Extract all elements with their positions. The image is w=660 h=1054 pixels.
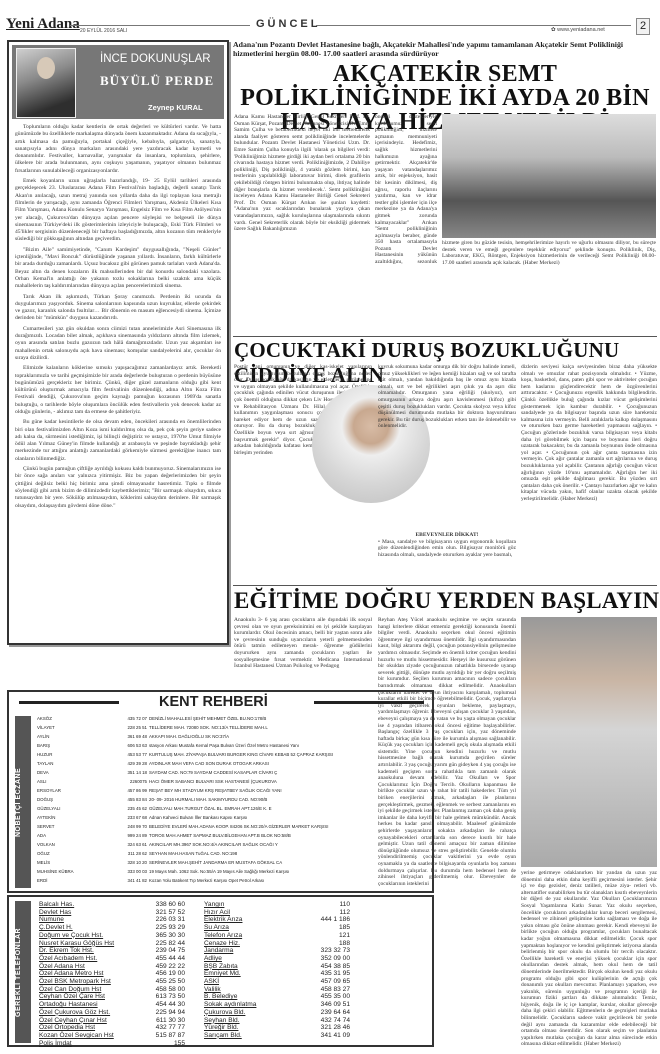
phone-row: Özel Adana Hst459 22 22 (39, 963, 185, 970)
phone-name: Polis İmdat (39, 1040, 72, 1047)
phone-row: Devlet Has321 57 52 (39, 909, 185, 916)
column-paragraph: Elimizde kalanların köklerine sımsıkı ya… (15, 365, 221, 416)
phone-row: B. Belediye455 35 00 (204, 993, 350, 1000)
phone-name: Özel BSK Metropark Hst (39, 978, 111, 985)
pharmacy-name: ASLI (37, 779, 101, 785)
header-rule (316, 25, 631, 26)
phone-name: Cenaze Hiz. (204, 940, 240, 947)
pharmacy-phone[interactable]: 235 45 62 (101, 806, 147, 812)
phone-number[interactable]: 225 93 29 (156, 924, 185, 931)
phone-number[interactable]: 454 38 85 (321, 963, 350, 970)
pharmacy-row: ERDİ341 41 82Kozan Yolu Batıkent Tıp Mer… (37, 878, 432, 884)
article3-col-3: yerine getirmeye odaklanırken bir yandan… (521, 870, 657, 1048)
author-photo (16, 48, 76, 118)
column-series: İNCE DOKUNUŞLAR (100, 53, 211, 65)
phone-name: Elektrik Arıza (204, 916, 242, 923)
pharmacy-row: GÜZELYALI235 45 62GÜZELYALI MAH.TURGUT Ö… (37, 806, 432, 812)
article3-headline[interactable]: EĞİTİME DOĞRU YERDEN BAŞLAYIN (234, 588, 659, 614)
pharmacy-phone[interactable]: 248 99 70 (101, 824, 147, 830)
pharmacy-address: BELEDİYE EVLERİ MAH.ADANA KOOP. 84206 SK… (147, 824, 328, 830)
column-paragraph: "Bizim Aile" samimiyetinde, "Canım Karde… (15, 247, 221, 291)
phone-number[interactable]: 323 32 73 (321, 947, 350, 954)
pharmacy-name: AYLİN (37, 734, 101, 740)
pharmacy-address: SERİNEVLER MAH.ŞEHİT JANDARMA ER MUSTAFA… (147, 860, 282, 866)
pharmacy-address: 20- 09- 2016 HURMALI MAH. SAKIMYURDU CAD… (147, 797, 267, 803)
pharmacy-phone[interactable]: 324 63 61 (101, 842, 147, 848)
phone-name: Valilik (204, 986, 221, 993)
phone-name: Özel Ortopedia Hst (39, 1024, 95, 1031)
phone-name: Yangın (204, 901, 224, 908)
phone-name: Seyhan Bld. (204, 1017, 240, 1024)
pharmacy-phone[interactable]: 429 39 28 (101, 761, 147, 767)
phone-row: Sarıçam Bld.341 41 09 (204, 1032, 350, 1039)
pharmacy-row: DEVA351 14 18SAYDAM CAD. NO:79 SAYDAM CA… (37, 770, 432, 776)
phone-row: Cenaze Hiz.188 (204, 940, 350, 947)
article3-col-1: Anaokulu 3- 6 yaş arası çocukların aile … (234, 617, 372, 687)
phone-row: Kozan Özel Sevgican Hst515 87 87 (39, 1032, 185, 1039)
phone-number[interactable]: 110 (339, 901, 350, 908)
city-guide: KENT REHBERİ NÖBETÇİ ECZANE AKSÖZ435 72 … (7, 690, 434, 893)
pharmacy-phone[interactable]: 453 53 77 (101, 752, 147, 758)
pharmacy-phone[interactable]: 435 72 07 (101, 716, 147, 722)
article2-col-2b: • Masa, sandalye ve bilgisayarın uygun e… (378, 539, 516, 559)
phone-number[interactable]: 457 09 65 (321, 978, 350, 985)
page-number: 2 (636, 18, 650, 35)
arrow-right-icon (19, 701, 119, 704)
phone-number[interactable]: 239 04 75 (156, 947, 185, 954)
lead-kicker: Adana'nın Pozantı Devlet Hastanesine bağ… (233, 40, 657, 58)
phone-number[interactable]: 455 35 00 (321, 993, 350, 1000)
phone-number[interactable]: 321 57 52 (156, 909, 185, 916)
article2-col-3: dizlerin seviyesi kalça seviyesinden bir… (521, 364, 657, 580)
pharmacy-row: ADA999 24 89TOROS MAH.AHMET SAPMAZ BULV.… (37, 833, 432, 839)
pharmacy-name: AYTEKİN (37, 815, 101, 821)
phone-row: Nusret Karasu Göğüs Hst225 82 44 (39, 940, 185, 947)
pharmacy-label: NÖBETÇİ ECZANE (15, 716, 31, 888)
phones-label: GEREKLİ TELEFONLAR (15, 901, 31, 1043)
pharmacy-phone[interactable]: 999 24 89 (101, 833, 147, 839)
pharmacy-row: AYLİN361 69 48AKKAPI MAH. DAĞLIOĞLU SK N… (37, 734, 432, 740)
phone-row: Dr. Ekrem Tok Hst.239 04 75 (39, 947, 185, 954)
pharmacy-address: 19 Mayıs Mah. 1062 Sok. No:55/A 19 Mayıs… (147, 869, 289, 875)
pharmacy-address: GÜZELYALI MAH.TURGUT ÖZAL BL. EMRAH APT.… (147, 806, 272, 812)
pharmacy-phone[interactable]: 455 83 84 (101, 797, 147, 803)
phone-number[interactable]: 613 73 50 (156, 993, 185, 1000)
phone-number[interactable]: 455 25 50 (156, 978, 185, 985)
pharmacy-row: BARIŞ606 53 63stasyon Arkası Mustafa Kem… (37, 743, 432, 749)
phone-row: Özel Çukurova Göz Hst.225 94 94 (39, 1009, 185, 1016)
phone-row: Seyhan Bld.432 74 74 (204, 1017, 350, 1024)
phone-name: Adliye (204, 955, 222, 962)
pharmacy-phone[interactable]: 361 69 48 (101, 734, 147, 740)
pharmacy-address: SEYHAN MAH.HASAN TuĞAL CAD. NO:198 (147, 851, 237, 857)
phone-row: Ceyhan Özel Çare Hst613 73 50 (39, 993, 185, 1000)
pharmacy-address: HACI ÖMER SABANCI BULVARI SSK HASTANESİ … (147, 779, 277, 785)
column-paragraph: Emek koyanların uzun uğraşlarla hazırlan… (15, 178, 221, 244)
phone-row: Özel Ceyhan Çınar Hst611 30 30 (39, 1017, 185, 1024)
newspaper-logo[interactable]: Yeni Adana (6, 16, 80, 33)
lead-col-1: Adana Kamu Hastaneler Birliği Genel Sekr… (234, 114, 370, 264)
pharmacy-address: Kozan Yolu Batıkent Tıp Merkezi Karşısı … (147, 878, 264, 884)
article2-col-2: kuyruk sokumuna kadar omurga dik bir doğ… (378, 364, 516, 530)
pharmacy-row: OĞUZ311 28 62SEYHAN MAH.HASAN TuĞAL CAD.… (37, 851, 432, 857)
phone-name: Doğum ve Çocuk Hst. (39, 932, 103, 939)
lead-photo (442, 114, 656, 238)
pharmacy-address: KURTULUŞ MAH. ZİYAPAŞA BULVARI BURGER KI… (147, 752, 333, 758)
phone-number[interactable]: 455 44 44 (156, 955, 185, 962)
pharmacy-name: SERVET (37, 824, 101, 830)
pharmacy-row: MELİS328 10 20SERİNEVLER MAH.ŞEHİT JANDA… (37, 860, 432, 866)
phone-number[interactable]: 341 41 09 (321, 1032, 350, 1039)
phone-name: Özel Adana Hst (39, 963, 85, 970)
phone-number[interactable]: 432 74 74 (321, 1017, 350, 1024)
phone-name: Balcalı Has. (39, 901, 74, 908)
phone-row: Balcalı Has.338 60 60 (39, 901, 185, 908)
pharmacy-row: ERSOYLAR457 86 99REŞAT BEY MH STADYUM KR… (37, 788, 432, 794)
phone-name: Emniyet Md. (204, 970, 241, 977)
phone-row: Polis İmdat155 (39, 1040, 185, 1047)
phone-number[interactable]: 365 30 30 (156, 932, 185, 939)
phone-number[interactable]: 225 94 94 (156, 1009, 185, 1016)
phone-number[interactable]: 458 83 27 (321, 986, 350, 993)
phone-number[interactable]: 435 31 95 (321, 970, 350, 977)
phone-name: Özel Acıbadem Hst. (39, 955, 97, 962)
pharmacy-phone[interactable]: 341 41 82 (101, 878, 147, 884)
pharmacy-row: AYTEKİN233 67 68Adnan Kahveci Bulvarı İl… (37, 815, 432, 821)
divider (233, 585, 657, 586)
phone-number[interactable]: 611 30 30 (156, 1017, 185, 1024)
pharmacy-name: HUZUR (37, 752, 101, 758)
pharmacy-address: stasyon Arkası Mustafa Kemal Paşa Bulvar… (147, 743, 299, 749)
page-header: Yeni Adana 20 EYLÜL 2016 SALI GÜNCEL ✿ w… (6, 16, 654, 36)
phone-number[interactable]: 454 44 30 (156, 1001, 185, 1008)
phone-number[interactable]: 432 77 77 (156, 1024, 185, 1031)
website-link[interactable]: ✿ www.yeniadana.net (551, 27, 605, 33)
column-paragraph: Bu güne kadar kesintilerle de olsa devam… (15, 419, 221, 463)
pharmacy-phone[interactable]: 606 53 63 (101, 743, 147, 749)
column-paragraph: Çünkü bugün pamuğun çiftliğe ayrıldığı k… (15, 466, 221, 510)
column-paragraph: Cumartesileri yaz gün okuldan sonra ciim… (15, 326, 221, 362)
column-paragraph: Toplumların olduğu kadar kentlerin de or… (15, 124, 221, 175)
phone-name: Su Arıza (204, 924, 229, 931)
pharmacy-name: MELİS (37, 860, 101, 866)
phone-name: Yüreğir Bld. (204, 1024, 238, 1031)
phone-name: Ç.Devlet H. (39, 924, 73, 931)
pharmacy-address: AYDINLAR MAH VEFA CAD SON DURAK OTOGAR A… (147, 761, 269, 767)
emergency-phones: GEREKLİ TELEFONLAR Balcalı Has.338 60 60… (7, 895, 434, 1047)
pharmacy-phone[interactable]: 351 14 18 (101, 770, 147, 776)
pharmacy-address: TELLİDERE MAH. 72080 SOK. NO:13/A TELLİD… (147, 725, 268, 731)
phone-row: Ortadoğu Hastanesi454 44 30 (39, 1001, 185, 1008)
phone-number[interactable]: 112 (339, 909, 350, 916)
phone-row: Özel Can Doğum Hst458 58 00 (39, 986, 185, 993)
phone-name: Numune (39, 916, 64, 923)
phone-row: Elektrik Arıza444 1 186 (204, 916, 350, 923)
phone-number[interactable]: 188 (339, 940, 350, 947)
phone-row: Jandarma323 32 73 (204, 947, 350, 954)
arrow-left-icon (314, 701, 424, 704)
phone-name: Sokak aydınlatma (204, 1001, 256, 1008)
pharmacy-phone[interactable]: 457 86 99 (101, 788, 147, 794)
phone-row: Ç.Devlet H.225 93 29 (39, 924, 185, 931)
phone-number[interactable]: 121 (339, 932, 350, 939)
header-rule (70, 25, 250, 26)
phone-number[interactable]: 458 58 00 (156, 986, 185, 993)
pharmacy-name: MUHSİNE KÜBRA (37, 869, 101, 875)
phone-row: Numune226 03 31 (39, 916, 185, 923)
pharmacy-name: DOĞUŞ (37, 797, 101, 803)
opinion-column: İNCE DOKUNUŞLAR BÜYÜLÜ PERDE Zeynep KURA… (7, 40, 229, 645)
column-author: Zeynep KURAL (148, 103, 203, 112)
phone-name: B. Belediye (204, 993, 237, 1000)
pharmacy-name: ADA (37, 833, 101, 839)
phone-number[interactable]: 338 60 60 (156, 901, 185, 908)
pharmacy-row: ASLI2260075HACI ÖMER SABANCI BULVARI SSK… (37, 779, 432, 785)
phone-row: ASKİ457 09 65 (204, 978, 350, 985)
phone-row: Adliye352 09 00 (204, 955, 350, 962)
phone-name: Özel Ceyhan Çınar Hst (39, 1017, 107, 1024)
phone-row: Yangın110 (204, 901, 350, 908)
pharmacy-address: TOROS MAH.AHMET SAPMAZ BULV.BİLGEHAN APT… (147, 833, 291, 839)
pharmacy-name: GÜZELYALI (37, 806, 101, 812)
pharmacy-name: DEVA (37, 770, 101, 776)
phone-row: Çukurova Bld.239 64 64 (204, 1009, 350, 1016)
psychologist-photo (521, 617, 657, 867)
pharmacy-phone[interactable]: 233 67 68 (101, 815, 147, 821)
section-title: GÜNCEL (256, 18, 320, 30)
phone-name: Devlet Has (39, 909, 71, 916)
phone-name: Nusret Karasu Göğüs Hst (39, 940, 114, 947)
phone-number[interactable]: 459 22 22 (156, 963, 185, 970)
phone-name: Jandarma (204, 947, 233, 954)
pharmacy-address: AKINCILAR MH.3967 SOK.NO:4/A AKINCILAR S… (147, 842, 278, 848)
phone-number[interactable]: 155 (174, 1040, 185, 1047)
lead-col-2: önemli destekleriyle kurduğumuz semt pol… (375, 114, 437, 264)
pharmacy-address: REŞAT BEY MH STADYUM KRŞ REŞATBEY SAĞLIK… (147, 788, 282, 794)
pharmacy-phone[interactable]: 2260075 (101, 779, 147, 785)
article2-subsection: EBEVEYNLER DİKKAT! • Masa, sandalye ve b… (378, 532, 516, 558)
phone-name: Ceyhan Özel Çare Hst (39, 993, 105, 1000)
phone-row: Hızır Acil112 (204, 909, 350, 916)
pharmacy-phone[interactable]: 333 00 03 (101, 869, 147, 875)
phone-row: Özel BSK Metropark Hst455 25 50 (39, 978, 185, 985)
phone-name: BŞB Zabıta (204, 963, 238, 970)
pharmacy-row: MUHSİNE KÜBRA333 00 0319 Mayıs Mah. 1062… (37, 869, 432, 875)
pharmacy-row: TAYLAN429 39 28AYDINLAR MAH VEFA CAD SON… (37, 761, 432, 767)
phone-number[interactable]: 352 09 00 (321, 955, 350, 962)
column-body: Toplumların olduğu kadar kentlerin de or… (12, 119, 224, 510)
phone-name: Çukurova Bld. (204, 1009, 245, 1016)
phone-number[interactable]: 226 03 31 (156, 916, 185, 923)
lead-col-3: hizmete giren bu güzide tesisin, hemşehr… (442, 240, 656, 332)
phone-name: Ortadoğu Hastanesi (39, 1001, 98, 1008)
pharmacy-address: Adnan Kahveci Bulvarı İller Bankası Kapı… (147, 815, 247, 821)
phone-number[interactable]: 515 87 87 (156, 1032, 185, 1039)
phone-row: Emniyet Md.435 31 95 (204, 970, 350, 977)
pharmacy-name: ERDİ (37, 878, 101, 884)
phone-number[interactable]: 456 19 00 (156, 970, 185, 977)
phone-row: Su Arıza185 (204, 924, 350, 931)
pharmacy-name: VOLKAN (37, 842, 101, 848)
pharmacy-name: BARIŞ (37, 743, 101, 749)
pharmacy-name: TAYLAN (37, 761, 101, 767)
phone-name: Hızır Acil (204, 909, 230, 916)
pharmacy-row: DOĞUŞ455 83 8420- 09- 2016 HURMALI MAH. … (37, 797, 432, 803)
pharmacy-phone[interactable]: 328 10 20 (101, 860, 147, 866)
phone-name: Özel Can Doğum Hst (39, 986, 101, 993)
pharmacy-name: OĞUZ (37, 851, 101, 857)
phone-number[interactable]: 346 09 51 (321, 1001, 350, 1008)
pharmacy-address: DENİZLİ MAHALLESİ ŞEHİT MEHMET ÖZEL BU.N… (147, 716, 266, 722)
pharmacy-name: AKSÖZ (37, 716, 101, 722)
article2-subhead: EBEVEYNLER DİKKAT! (378, 532, 516, 539)
pharmacy-name: ERSOYLAR (37, 788, 101, 794)
phone-row: Sokak aydınlatma346 09 51 (204, 1001, 350, 1008)
phone-number[interactable]: 239 64 64 (321, 1009, 350, 1016)
phone-row: Yüreğir Bld.321 28 46 (204, 1024, 350, 1031)
phone-name: Özel Adana Metro Hst (39, 970, 104, 977)
phone-row: Özel Acıbadem Hst.455 44 44 (39, 955, 185, 962)
phone-number[interactable]: 321 28 46 (321, 1024, 350, 1031)
phone-row: Özel Ortopedia Hst432 77 77 (39, 1024, 185, 1031)
phone-row: BŞB Zabıta454 38 85 (204, 963, 350, 970)
column-paragraph: Tarık Akan ilk aşkımızdı, Türkan Şoray c… (15, 294, 221, 323)
pharmacy-phone[interactable]: 311 28 62 (101, 851, 147, 857)
pharmacy-phone[interactable]: 228 25 51 (101, 725, 147, 731)
divider (233, 336, 657, 337)
pharmacy-address: SAYDAM CAD. NO:79 SAYDAM CADDESİ KASAPLA… (147, 770, 277, 776)
pharmacy-row: SERVET248 99 70BELEDİYE EVLERİ MAH.ADANA… (37, 824, 432, 830)
phone-name: ASKİ (204, 978, 219, 985)
issue-date: 20 EYLÜL 2016 SALI (80, 28, 127, 34)
phone-name: Özel Çukurova Göz Hst. (39, 1009, 110, 1016)
phone-name: Kozan Özel Sevgican Hst (39, 1032, 114, 1039)
pharmacy-row: HUZUR453 53 77KURTULUŞ MAH. ZİYAPAŞA BUL… (37, 752, 432, 758)
pharmacy-address: AKKAPI MAH. DAĞLIOĞLU SK NO:37/A (147, 734, 229, 740)
pharmacy-row: AKSÖZ435 72 07DENİZLİ MAHALLESİ ŞEHİT ME… (37, 716, 432, 722)
phone-name: Dr. Ekrem Tok Hst. (39, 947, 94, 954)
column-header: İNCE DOKUNUŞLAR BÜYÜLÜ PERDE Zeynep KURA… (12, 45, 224, 119)
pharmacy-row: VİLAYET228 25 51TELLİDERE MAH. 72080 SOK… (37, 725, 432, 731)
phone-row: Telefon Arıza121 (204, 932, 350, 939)
phone-name: Sarıçam Bld. (204, 1032, 242, 1039)
city-guide-title: KENT REHBERİ (159, 694, 268, 710)
phone-row: Doğum ve Çocuk Hst.365 30 30 (39, 932, 185, 939)
phone-row: Valilik458 83 27 (204, 986, 350, 993)
phone-number[interactable]: 185 (339, 924, 350, 931)
column-title: BÜYÜLÜ PERDE (100, 73, 214, 89)
phone-number[interactable]: 225 82 44 (156, 940, 185, 947)
phone-row: Özel Adana Metro Hst456 19 00 (39, 970, 185, 977)
pharmacy-name: VİLAYET (37, 725, 101, 731)
phone-name: Telefon Arıza (204, 932, 242, 939)
phone-number[interactable]: 444 1 186 (321, 916, 350, 923)
pharmacy-row: VOLKAN324 63 61AKINCILAR MH.3967 SOK.NO:… (37, 842, 432, 848)
